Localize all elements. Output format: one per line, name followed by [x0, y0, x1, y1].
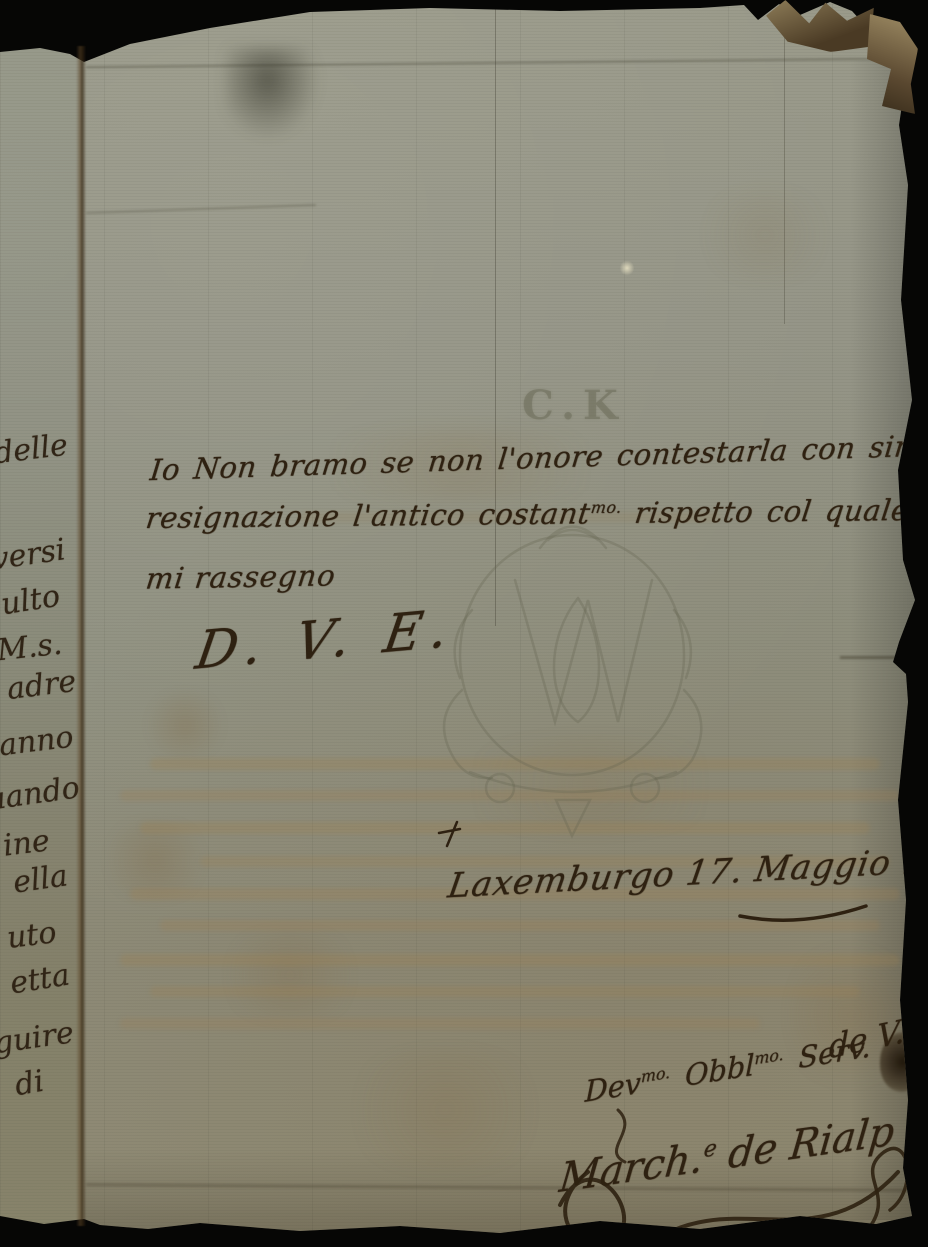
stain — [430, 740, 750, 830]
letter-initials: D. V. E. — [192, 598, 462, 682]
margin-fragment: quando — [0, 770, 82, 820]
closing-text: Dev — [584, 1065, 641, 1108]
closing-formula: Devmo. Obblmo. Serv. — [584, 1029, 871, 1109]
ink-transfer-ghost — [120, 954, 900, 966]
stain — [330, 1050, 560, 1170]
line2-text: resignazione l'antico costant — [144, 496, 593, 535]
ink-transfer-ghost — [150, 758, 880, 770]
letter-body-line-1: Io Non bramo se non l'onore contestarla … — [148, 427, 928, 487]
letter-body-line-3: mi rassegno — [144, 558, 338, 595]
signature-text: March. — [557, 1135, 705, 1202]
margin-fragment: di — [12, 1064, 46, 1103]
signature: March.e de Rialp — [557, 1108, 896, 1202]
margin-fragment: iversi — [0, 532, 68, 578]
left-crease — [86, 204, 316, 214]
superscript-e: e — [703, 1136, 719, 1163]
margin-fragment: adre — [5, 664, 78, 707]
top-crease — [86, 58, 886, 68]
margin-fragment: ine — [1, 823, 52, 863]
superscript-mo: mo. — [754, 1045, 783, 1069]
superscript-mo: mo. — [590, 498, 623, 517]
closing-text: Serv. — [798, 1029, 871, 1075]
margin-fragment: M.s. — [0, 627, 64, 669]
margin-fragment: ella — [11, 858, 70, 900]
signature-text: de Rialp — [726, 1108, 896, 1178]
fold-shadow — [225, 48, 320, 140]
stain — [690, 190, 840, 280]
ink-transfer-ghost — [160, 920, 880, 931]
margin-fragment: uto — [5, 915, 58, 956]
ink-transfer-ghost — [150, 986, 860, 997]
margin-fragment: delle — [0, 428, 70, 472]
bottom-crease — [86, 1183, 908, 1192]
margin-fragment: anno — [0, 720, 76, 764]
letter-dateline: Laxemburgo 17. Maggio 1730 — [445, 838, 928, 907]
stain — [210, 930, 370, 1020]
scanned-letter-photograph: delle iversi ulto M.s. adre anno quando … — [0, 0, 928, 1247]
watermark-letters: C.K — [522, 382, 626, 429]
superscript-mo: mo. — [641, 1063, 670, 1087]
stain — [95, 820, 215, 900]
closing-text: Obbl — [685, 1048, 755, 1093]
vertical-crease — [495, 6, 496, 626]
ink-transfer-ghost — [140, 822, 870, 834]
fold-seam — [76, 46, 86, 1226]
adjacent-page-strip: delle iversi ulto M.s. adre anno quando … — [0, 0, 84, 1247]
margin-fragment: eguire — [0, 1015, 76, 1063]
margin-fragment: etta — [8, 958, 73, 1002]
right-fold — [840, 656, 912, 659]
ink-transfer-ghost — [120, 790, 900, 801]
letter-page: C.K Io Non bramo se non l'onore contesta… — [0, 0, 928, 1247]
vertical-crease — [784, 4, 785, 324]
letter-body-line-2: resignazione l'antico costantmo. rispett… — [144, 493, 911, 535]
ink-transfer-ghost — [120, 1018, 760, 1029]
stain — [140, 690, 230, 760]
paper-fleck — [620, 260, 634, 276]
line2-text: rispetto col quale — [633, 493, 911, 530]
margin-fragment: ulto — [0, 579, 62, 623]
